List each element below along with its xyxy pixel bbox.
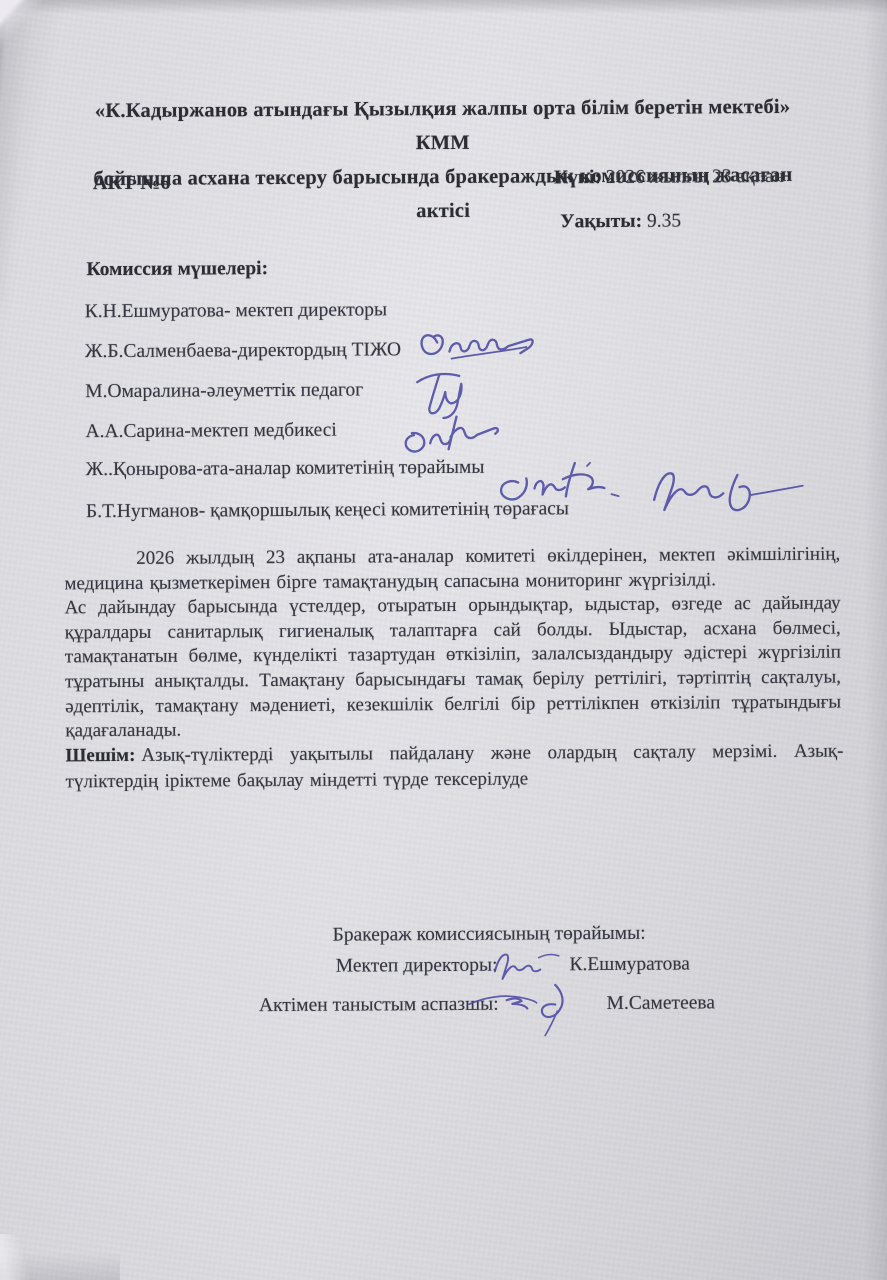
date-label: Күні:	[554, 167, 601, 188]
member-row: Ж..Қонырова-ата-аналар комитетінің төрай…	[86, 457, 485, 481]
member-text: К.Н.Ешмуратова- мектеп директоры	[85, 299, 387, 322]
signature-sarina	[395, 406, 507, 459]
member-row: М.Омаралина-әлеуметтік педагог	[85, 379, 363, 403]
members-heading: Комиссия мүшелері:	[86, 258, 268, 281]
director-name: К.Ешмуратова	[569, 954, 690, 976]
decision-label: Шешім:	[65, 745, 135, 766]
signature-salmenbaeva	[415, 323, 567, 370]
title-line-1: «К.Кадыржанов атындағы Қызылқия жалпы ор…	[67, 90, 817, 163]
signature-konyrova	[490, 453, 642, 511]
time-value: 9.35	[647, 211, 681, 232]
member-text: А.А.Сарина-мектеп медбикесі	[85, 420, 336, 443]
time-label: Уақыты:	[560, 211, 642, 232]
footer-chair-line: Бракераж комиссиясының төрайымы:	[333, 923, 646, 947]
member-text: Ж..Қонырова-ата-аналар комитетінің төрай…	[86, 457, 485, 480]
document-content: «К.Кадыржанов атындағы Қызылқия жалпы ор…	[0, 0, 887, 1280]
member-row: Ж.Б.Салменбаева-директордың ТІЖО	[85, 339, 401, 363]
decision-paragraph: Шешім:Азық-түліктерді уақытылы пайдалану…	[65, 739, 843, 795]
cook-label: Актімен таныстым аспазшы:	[259, 994, 499, 1016]
decision-text: Азық-түліктерді уақытылы пайдалану және …	[66, 741, 844, 792]
date-line: Күні: 2026 жылғы 23 ақпан	[554, 166, 784, 189]
body-paragraphs: 2026 жылдың 23 ақпаны ата-аналар комитет…	[64, 543, 841, 744]
body-paragraph-2: Ас дайындау барысында үстелдер, отыратын…	[65, 592, 842, 744]
director-label: Мектеп директоры:	[336, 955, 498, 977]
act-number: АКТ №6	[93, 172, 171, 195]
time-line: Уақыты: 9.35	[560, 211, 681, 234]
signature-director	[485, 946, 565, 982]
date-value: 2026 жылғы 23 ақпан	[606, 166, 784, 188]
document-title: «К.Кадыржанов атындағы Қызылқия жалпы ор…	[67, 90, 818, 231]
body-paragraph-1: 2026 жылдың 23 ақпаны ата-аналар комитет…	[64, 543, 840, 597]
scanned-document-page: «К.Кадыржанов атындағы Қызылқия жалпы ор…	[0, 0, 887, 1280]
signature-cook	[465, 979, 597, 1038]
member-row: К.Н.Ешмуратова- мектеп директоры	[85, 299, 387, 323]
member-text: М.Омаралина-әлеуметтік педагог	[85, 379, 363, 402]
cook-name: М.Саметеева	[607, 992, 715, 1014]
member-row: А.А.Сарина-мектеп медбикесі	[85, 420, 336, 444]
signature-nugmanov	[644, 460, 812, 523]
member-text: Ж.Б.Салменбаева-директордың ТІЖО	[85, 339, 401, 362]
